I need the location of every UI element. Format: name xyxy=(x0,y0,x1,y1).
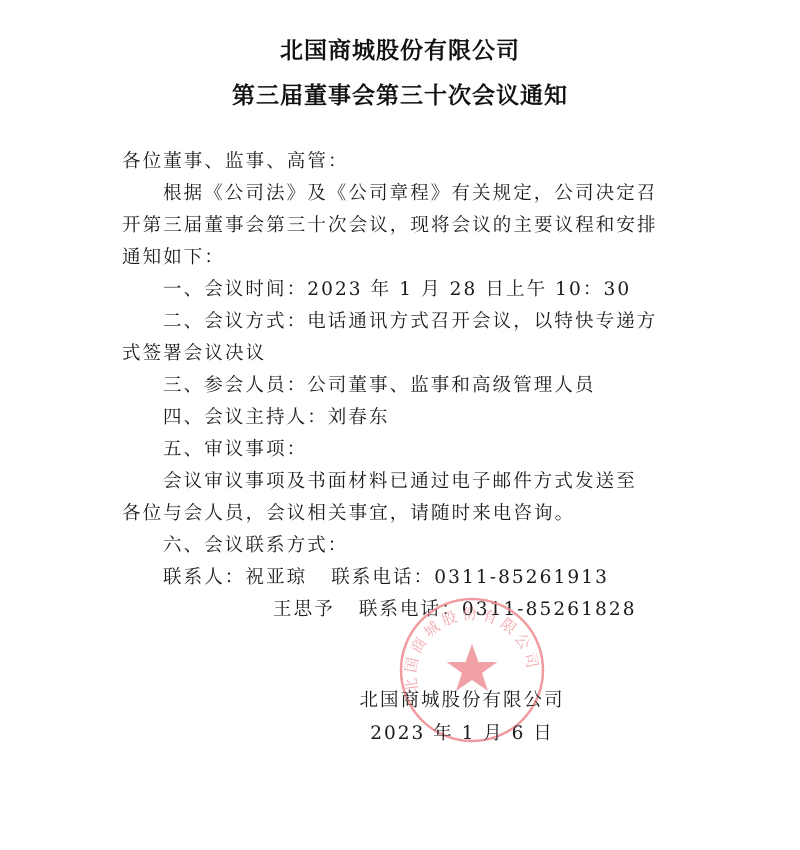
phone-number: 0311-85261913 xyxy=(434,567,609,588)
item-review-line-2: 各位与会人员，会议相关事宜，请随时来电咨询。 xyxy=(122,498,682,530)
intro-line-1: 根据《公司法》及《公司章程》有关规定，公司决定召 xyxy=(122,178,682,210)
item-meeting-method-cont: 式签署会议决议 xyxy=(122,338,682,370)
item-meeting-time: 一、会议时间：2023 年 1 月 28 日上午 10：30 xyxy=(122,274,682,306)
salutation: 各位董事、监事、高管： xyxy=(122,146,682,178)
intro-line-3: 通知如下： xyxy=(122,242,682,274)
contact-name: 王思予 xyxy=(273,599,335,620)
signature-date: 2023 年 1 月 6 日 xyxy=(62,719,800,745)
company-title: 北国商城股份有限公司 xyxy=(0,32,800,65)
phone-label: 联系电话： xyxy=(331,567,434,588)
item-review-heading: 五、审议事项： xyxy=(122,434,682,466)
intro-line-2: 开第三届董事会第三十次会议，现将会议的主要议程和安排 xyxy=(122,210,682,242)
item-host: 四、会议主持人：刘春东 xyxy=(122,402,682,434)
contact-name: 祝亚琼 xyxy=(245,567,307,588)
item-meeting-method: 二、会议方式：电话通讯方式召开会议，以特快专递方 xyxy=(122,306,682,338)
notice-body: 各位董事、监事、高管： 根据《公司法》及《公司章程》有关规定，公司决定召 开第三… xyxy=(122,146,682,626)
item-contact-heading: 六、会议联系方式： xyxy=(122,530,682,562)
item-review-line-1: 会议审议事项及书面材料已通过电子邮件方式发送至 xyxy=(122,466,682,498)
item-attendees: 三、参会人员：公司董事、监事和高级管理人员 xyxy=(122,370,682,402)
notice-title: 第三届董事会第三十次会议通知 xyxy=(0,77,800,110)
signature-company: 北国商城股份有限公司 xyxy=(62,686,800,712)
star-icon xyxy=(447,644,498,691)
contact-row-1: 联系人：祝亚琼联系电话：0311-85261913 xyxy=(122,562,682,594)
contact-label: 联系人： xyxy=(163,567,245,588)
